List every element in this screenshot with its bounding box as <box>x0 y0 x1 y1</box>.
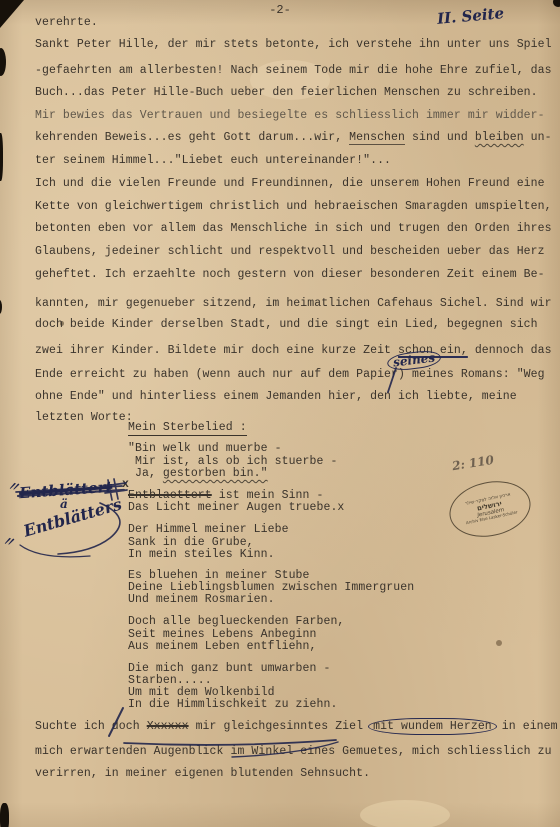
text-segment: sind und <box>405 131 475 144</box>
photo-edge <box>0 133 3 181</box>
text-line: Ich und die vielen Freunde und Freundinn… <box>35 177 545 190</box>
text-segment: Suchte ich doch <box>35 720 147 733</box>
document-page: -2- II. Seite verehrte. Sankt Peter Hill… <box>0 0 560 827</box>
text-line: betonten eben vor allem das Menschliche … <box>35 222 552 235</box>
poem-title: Mein Sterbelied : <box>128 421 247 434</box>
corrected-word: meines <box>412 368 454 381</box>
poem-line: In die Himmlischkeit zu ziehn. <box>128 698 337 711</box>
struck-word: Xxxxxx <box>147 720 189 733</box>
text-line: letzten Worte: <box>35 411 133 424</box>
text-line: verehrte. <box>35 16 98 29</box>
photo-edge <box>0 48 6 76</box>
text-line: zwei ihrer Kinder. Bildete mir doch eine… <box>35 344 552 357</box>
poem-line: Ja, gestorben bin." <box>128 467 268 480</box>
wavy-underlined-words: gestorben bin." <box>163 467 268 480</box>
text-line: mich erwartenden Augenblick im Winkel ei… <box>35 745 552 758</box>
text-line: Mir bewies das Vertrauen und besiegelte … <box>35 109 545 122</box>
text-segment: dennoch das <box>468 344 552 357</box>
text-line: Ende erreicht zu haben (wenn auch nur au… <box>35 368 545 381</box>
paper-stain <box>360 800 450 827</box>
archive-stamp: ארכיון אלזה לסקר-שילר ירושלים Jerusalem … <box>444 474 535 544</box>
poem-title-text: Mein Sterbelied : <box>128 421 247 436</box>
text-line: doch beide Kinder derselben Stadt, und d… <box>35 318 538 331</box>
ink-circled-words: mit wundem Herzen <box>368 718 497 735</box>
x-correction-mark: x <box>122 478 129 491</box>
photo-edge <box>0 300 2 314</box>
poem-line: In mein steiles Kinn. <box>128 548 275 561</box>
poem-line: "Bin welk und muerbe - <box>128 442 282 455</box>
text-line: Sankt Peter Hille, der mir stets betonte… <box>35 38 552 51</box>
text-segment: mir gleichgesinntes Ziel <box>189 720 371 733</box>
underlined-word: Menschen <box>349 131 405 145</box>
poem-line: Doch alle beglueckenden Farben, <box>128 615 344 628</box>
text-line: geheftet. Ich erzaehlte noch gestern von… <box>35 268 545 281</box>
text-line: ohne Ende" und hinterliess einem Jemande… <box>35 390 517 403</box>
pencil-archive-number: 2: 110 <box>451 453 495 473</box>
text-line: Kette von gleichwertigem christlich und … <box>35 200 552 213</box>
text-line: kehrenden Beweis...es geht Gott darum...… <box>35 131 552 144</box>
text-line: Glaubens, jedeiner schlicht und respektv… <box>35 245 545 258</box>
text-line: kannten, mir gegenueber sitzend, im heim… <box>35 297 552 310</box>
photo-edge <box>553 0 560 7</box>
text-line: ter seinem Himmel..."Liebet euch unterei… <box>35 154 391 167</box>
margin-correction-word: Entblätters <box>21 494 124 540</box>
poem-line: Der Himmel meiner Liebe <box>128 523 289 536</box>
paper-stain <box>496 640 502 646</box>
poem-line: Das Licht meiner Augen truebe.x <box>128 501 344 514</box>
text-segment: kehrenden Beweis...es geht Gott darum...… <box>35 131 349 144</box>
text-segment: un- <box>524 131 552 144</box>
photo-edge <box>0 0 24 28</box>
text-line: verirren, in meiner eigenen blutenden Se… <box>35 767 370 780</box>
text-line: Buch...das Peter Hille-Buch ueber den fe… <box>35 86 538 99</box>
page-number: -2- <box>269 3 291 17</box>
text-segment: Ende erreicht zu haben (wenn auch nur au… <box>35 368 412 381</box>
text-segment: zwei ihrer Kinder. Bildete mir doch eine… <box>35 344 398 357</box>
photo-edge <box>0 803 9 827</box>
poem-line: Aus meinem Leben entfliehn, <box>128 640 317 653</box>
poem-line: Und meinem Rosmarien. <box>128 593 275 606</box>
text-line: Suchte ich doch Xxxxxx mir gleichgesinnt… <box>35 720 558 733</box>
text-segment: Romans: "Weg <box>454 368 545 381</box>
text-segment: in einem <box>495 720 558 733</box>
wavy-underlined-word: bleiben <box>475 131 524 144</box>
text-line: -gefaehrten am allerbesten! Nach seinem … <box>35 64 552 77</box>
margin-ditto-mark: 〃 <box>0 530 17 551</box>
handwritten-page-label: II. Seite <box>436 4 504 28</box>
text-segment: Ja, <box>128 467 163 480</box>
